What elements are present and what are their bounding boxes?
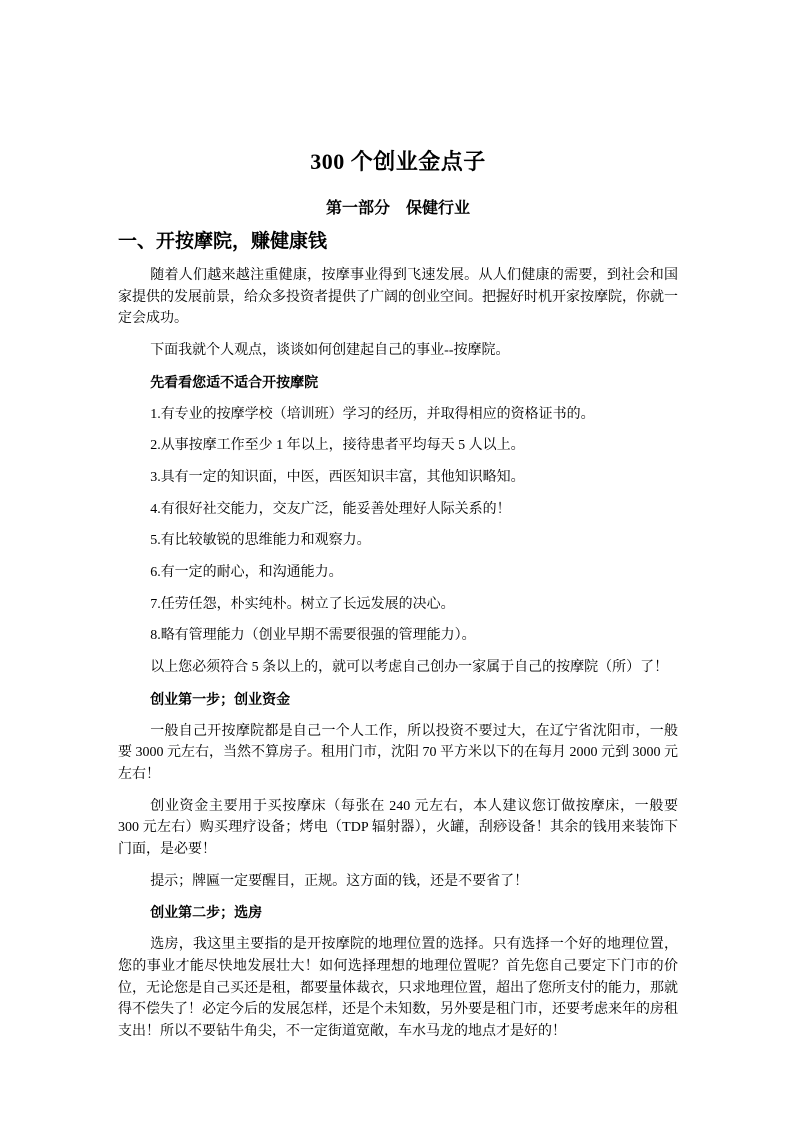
list-item-1: 1.有专业的按摩学校（培训班）学习的经历，并取得相应的资格证书的。 [118,404,678,426]
document-content: 300 个创业金点子 第一部分 保健行业 一、开按摩院，赚健康钱 随着人们越来越… [118,0,678,1053]
list-item-5: 5.有比较敏锐的思维能力和观察力。 [118,530,678,552]
list-item-2: 2.从事按摩工作至少 1 年以上，接待患者平均每天 5 人以上。 [118,435,678,457]
paragraph-tip: 提示；牌匾一定要醒目，正规。这方面的钱，还是不要省了！ [118,871,678,893]
subheading-step2-location: 创业第二步；选房 [118,902,678,924]
subheading-suitability: 先看看您适不适合开按摩院 [118,372,678,394]
paragraph-funds-2: 创业资金主要用于买按摩床（每张在 240 元左右，本人建议您订做按摩床，一般要 … [118,796,678,861]
section-heading: 一、开按摩院，赚健康钱 [118,229,678,255]
paragraph-intro-1: 随着人们越来越注重健康，按摩事业得到飞速发展。从人们健康的需要，到社会和国家提供… [118,265,678,330]
list-item-7: 7.任劳任怨，朴实纯朴。树立了长远发展的决心。 [118,594,678,616]
document-page: 300 个创业金点子 第一部分 保健行业 一、开按摩院，赚健康钱 随着人们越来越… [0,0,794,1123]
document-title: 300 个创业金点子 [118,145,678,179]
list-item-3: 3.具有一定的知识面，中医，西医知识丰富，其他知识略知。 [118,467,678,489]
paragraph-intro-2: 下面我就个人观点，谈谈如何创建起自己的事业--按摩院。 [118,340,678,362]
list-item-6: 6.有一定的耐心，和沟通能力。 [118,562,678,584]
list-item-8: 8.略有管理能力（创业早期不需要很强的管理能力）。 [118,625,678,647]
subheading-step1-funds: 创业第一步；创业资金 [118,689,678,711]
part-heading: 第一部分 保健行业 [118,197,678,221]
paragraph-conclusion: 以上您必须符合 5 条以上的，就可以考虑自己创办一家属于自己的按摩院（所）了！ [118,657,678,679]
paragraph-funds-1: 一般自己开按摩院都是自己一个人工作，所以投资不要过大，在辽宁省沈阳市，一般要 3… [118,721,678,786]
list-item-4: 4.有很好社交能力，交友广泛，能妥善处理好人际关系的！ [118,499,678,521]
paragraph-location: 选房，我这里主要指的是开按摩院的地理位置的选择。只有选择一个好的地理位置，您的事… [118,934,678,1043]
